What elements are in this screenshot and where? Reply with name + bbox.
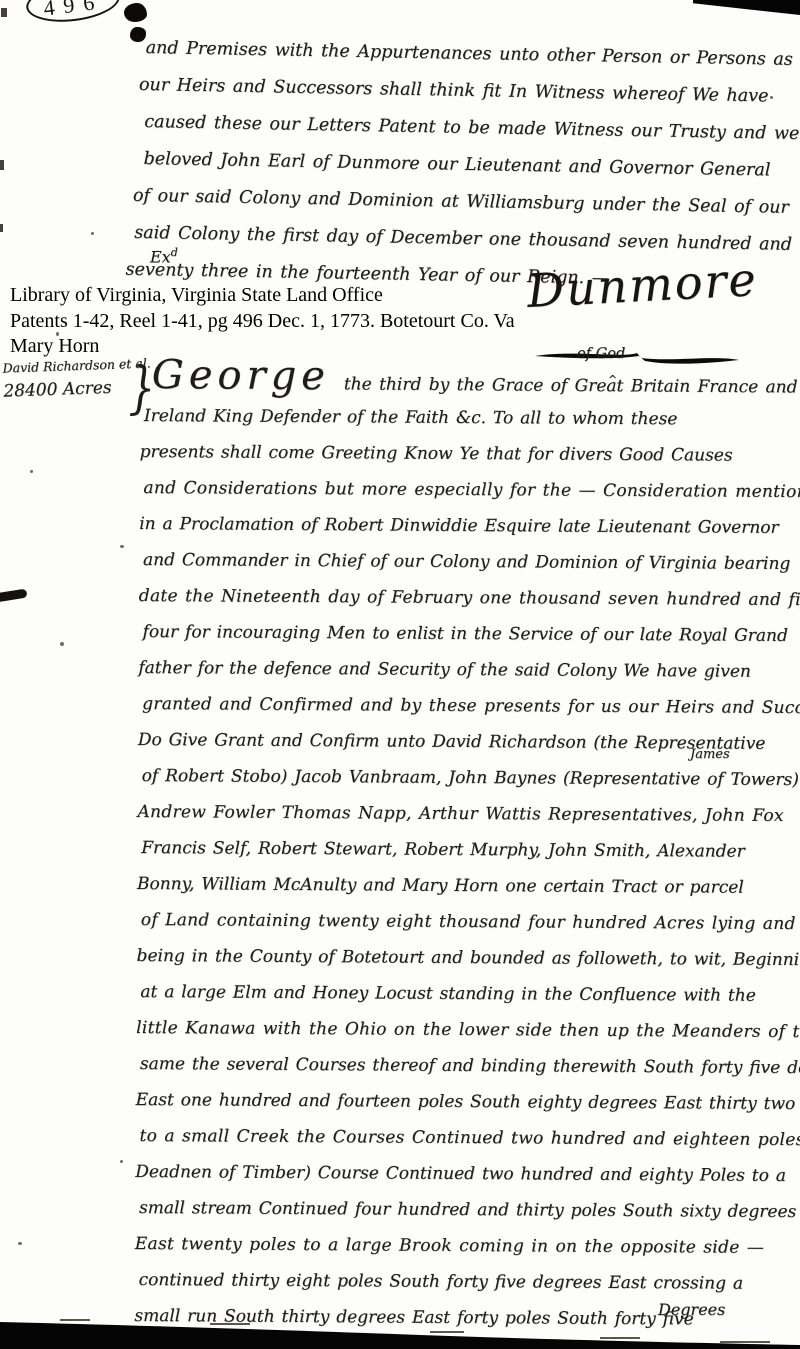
dunmore-signature: Dunmore (526, 252, 759, 318)
handwritten-line: continued thirty eight poles South forty… (139, 1262, 780, 1302)
scan-speck (30, 470, 33, 473)
ink-mark-left-margin (0, 589, 28, 603)
scan-speck (120, 545, 124, 548)
handwritten-line: of Robert Stobo) Jacob Vanbraam, John Ba… (142, 758, 783, 798)
handwritten-line: Francis Self, Robert Stewart, Robert Mur… (141, 830, 782, 870)
handwritten-line: date the Nineteenth day of February one … (139, 578, 784, 618)
scan-speck (120, 1160, 123, 1163)
ink-blot (130, 27, 146, 42)
scan-edge-mark (0, 224, 3, 232)
handwritten-line: father for the defence and Security of t… (138, 650, 783, 690)
patent-body-text: Ireland King Defender of the Faith &c. T… (134, 398, 785, 1338)
caption-line: Patents 1-42, Reel 1-41, pg 496 Dec. 1, … (10, 309, 515, 335)
handwritten-line: Andrew Fowler Thomas Napp, Arthur Wattis… (137, 794, 782, 834)
scan-speck (91, 232, 94, 235)
examined-mark: Exd (150, 246, 178, 266)
page-number-stamp: 496 (24, 0, 122, 27)
handwritten-line: small stream Continued four hundred and … (139, 1190, 780, 1230)
scan-edge-bottom (0, 1309, 800, 1349)
patent-opening-line: George the third by the Grace of Great B… (152, 352, 782, 402)
handwritten-line: being in the County of Botetourt and bou… (136, 938, 781, 978)
handwritten-line: granted and Confirmed and by these prese… (142, 686, 783, 726)
scan-speck (770, 96, 773, 99)
scan-speck (56, 332, 59, 336)
handwritten-line: Bonny, William McAnulty and Mary Horn on… (137, 866, 782, 906)
interlinear-insertion-of-god: of God (577, 346, 625, 362)
archive-caption: Library of Virginia, Virginia State Land… (10, 283, 515, 360)
handwritten-line: to a small Creek the Courses Continued t… (139, 1118, 780, 1158)
handwritten-line: and Commander in Chief of our Colony and… (143, 542, 784, 582)
handwritten-line: same the several Courses thereof and bin… (140, 1046, 781, 1086)
scan-speck (18, 1242, 22, 1245)
handwritten-line: in a Proclamation of Robert Dinwiddie Es… (139, 506, 784, 546)
handwritten-line: four for incouraging Men to enlist in th… (142, 614, 783, 654)
handwritten-line: at a large Elm and Honey Locust standing… (140, 974, 781, 1014)
handwritten-line: East one hundred and fourteen poles Sout… (136, 1082, 781, 1122)
scan-edge-mark (1, 8, 7, 17)
scan-speck (60, 642, 64, 646)
handwritten-line: of Land containing twenty eight thousand… (141, 902, 782, 942)
handwritten-line: East twenty poles to a large Brook comin… (135, 1226, 780, 1266)
scanned-land-patent-page: 496 and Premises with the Appurtenances … (0, 0, 800, 1349)
handwritten-line: Do Give Grant and Confirm unto David Ric… (138, 722, 783, 762)
caret-mark: ^ (608, 373, 617, 386)
scan-edge-top-right (693, 0, 800, 15)
ink-blot (124, 3, 147, 22)
opening-word: George (152, 352, 330, 399)
handwritten-line: little Kanawa with the Ohio on the lower… (136, 1010, 781, 1050)
handwritten-line: presents shall come Greeting Know Ye tha… (140, 434, 785, 474)
page-number: 496 (42, 0, 105, 22)
handwritten-line: Deadnen of Timber) Course Continued two … (135, 1154, 780, 1194)
handwritten-line: and Considerations but more especially f… (143, 470, 784, 510)
scan-edge-mark (0, 160, 4, 170)
caption-line: Library of Virginia, Virginia State Land… (10, 283, 515, 309)
handwritten-line: Ireland King Defender of the Faith &c. T… (144, 398, 785, 438)
